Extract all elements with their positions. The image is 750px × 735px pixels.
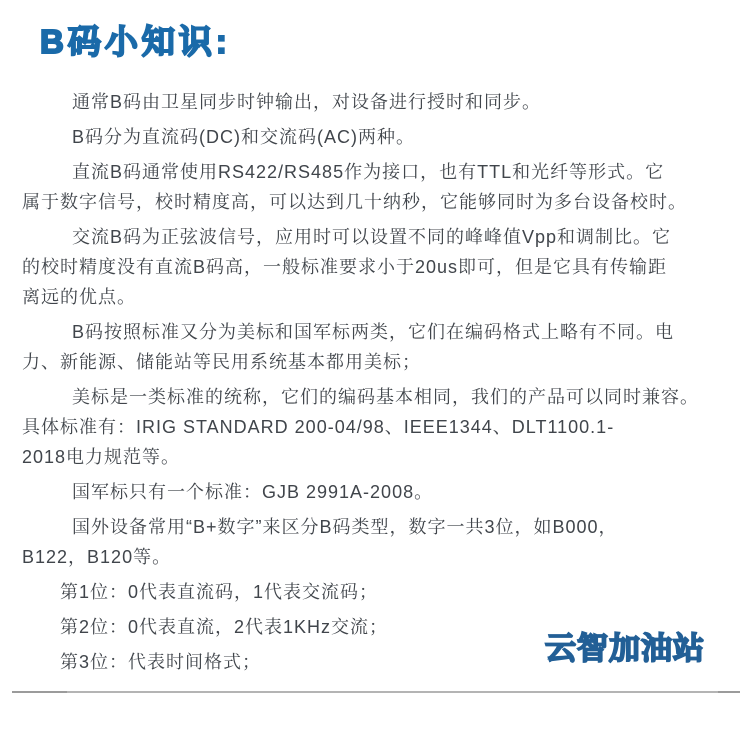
paragraph: 国外设备常用“B+数字”来区分B码类型，数字一共3位，如B000， B122，B… xyxy=(22,512,736,572)
paragraph: 交流B码为正弦波信号，应用时可以设置不同的峰峰值Vpp和调制比。它 的校时精度没… xyxy=(22,222,736,312)
paragraph: 第1位：0代表直流码，1代表交流码； xyxy=(22,577,736,607)
brand-watermark: 云智加油站 xyxy=(545,631,705,667)
paragraph: B码分为直流码(DC)和交流码(AC)两种。 xyxy=(22,122,736,152)
paragraph: 国军标只有一个标准：GJB 2991A-2008。 xyxy=(22,477,736,507)
page: B码小知识: 通常B码由卫星同步时钟输出，对设备进行授时和同步。 B码分为直流码… xyxy=(0,0,750,735)
page-title: B码小知识: xyxy=(40,24,231,60)
paragraph: 直流B码通常使用RS422/RS485作为接口，也有TTL和光纤等形式。它 属于… xyxy=(22,157,736,217)
bottom-divider xyxy=(12,691,740,693)
paragraph: B码按照标准又分为美标和国军标两类，它们在编码格式上略有不同。电 力、新能源、储… xyxy=(22,317,736,377)
paragraph: 通常B码由卫星同步时钟输出，对设备进行授时和同步。 xyxy=(22,87,736,117)
paragraph: 美标是一类标准的统称，它们的编码基本相同，我们的产品可以同时兼容。 具体标准有：… xyxy=(22,382,736,472)
article-body: 通常B码由卫星同步时钟输出，对设备进行授时和同步。 B码分为直流码(DC)和交流… xyxy=(22,82,736,682)
